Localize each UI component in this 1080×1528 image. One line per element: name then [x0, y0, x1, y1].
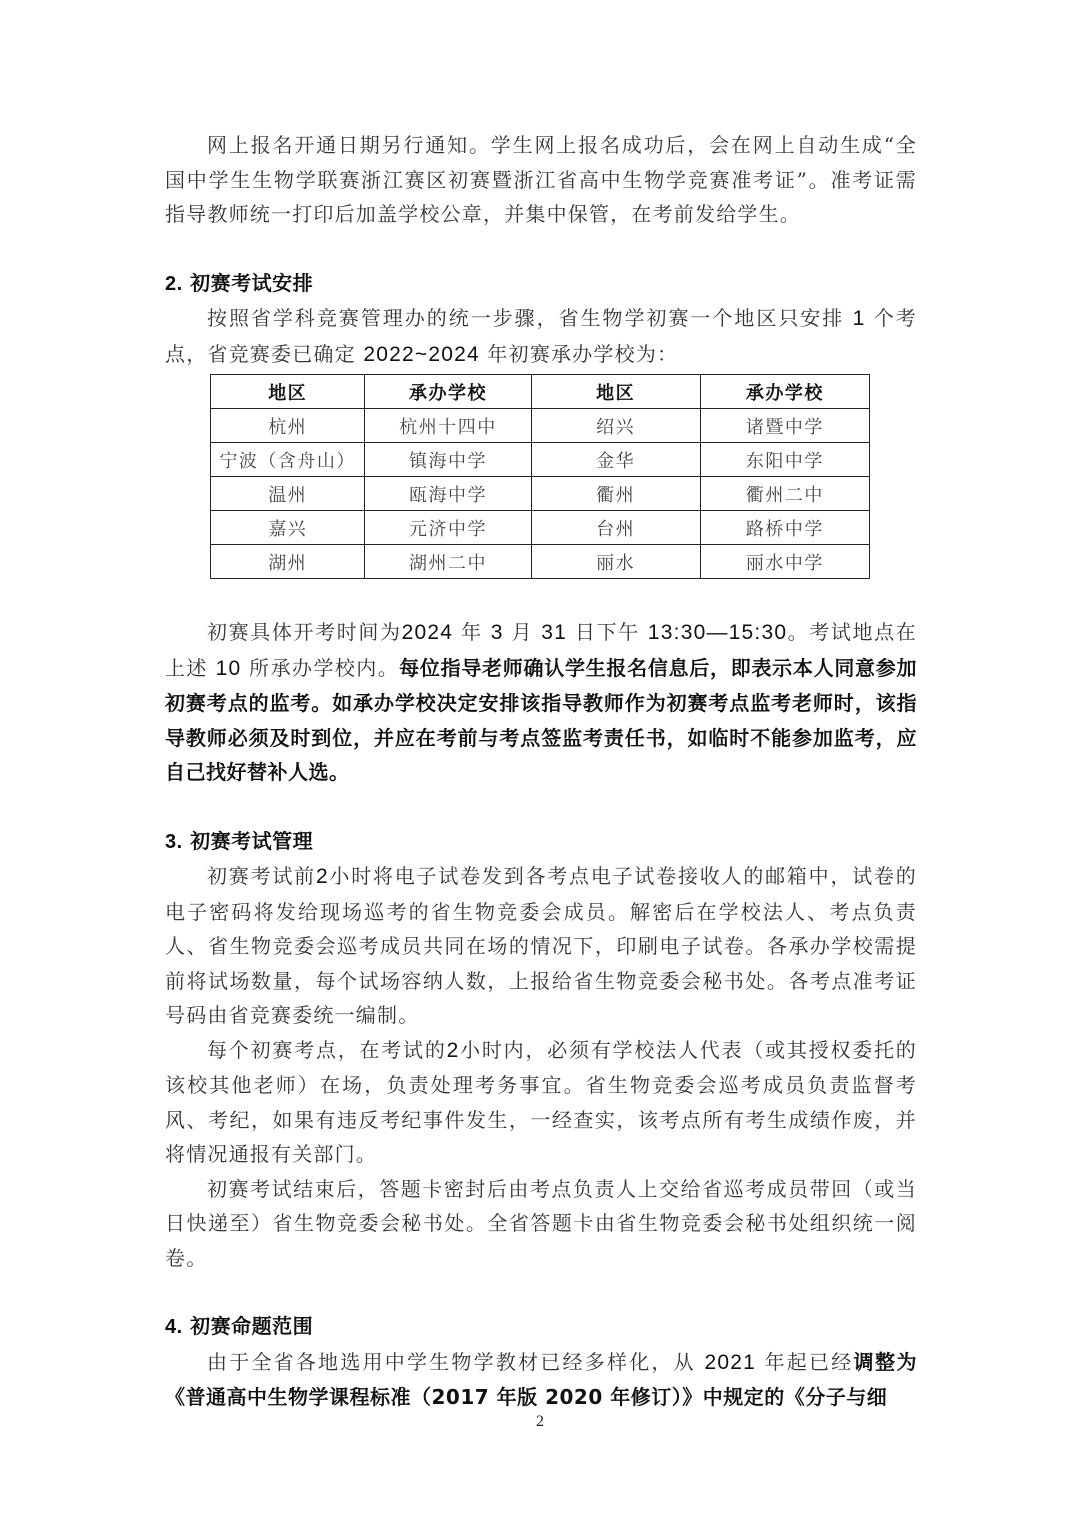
section-4-heading: 4. 初赛命题范围: [165, 1309, 917, 1345]
table-cell: 丽水: [531, 545, 700, 579]
section-3-paragraph-3: 初赛考试结束后，答题卡密封后由考点负责人上交给省巡考成员带回（或当日快递至）省生…: [165, 1172, 917, 1276]
table-cell: 东阳中学: [700, 443, 869, 477]
table-cell: 湖州: [211, 545, 365, 579]
section-2-paragraph-2: 初赛具体开考时间为2024 年 3 月 31 日下午 13:30—15:30。考…: [165, 615, 917, 790]
section-2-paragraph-1: 按照省学科竞赛管理办的统一步骤，省生物学初赛一个地区只安排 1 个考点，省竞赛委…: [165, 301, 917, 372]
table-header-row: 地区 承办学校 地区 承办学校: [211, 375, 870, 409]
table-row: 杭州 杭州十四中 绍兴 诸暨中学: [211, 409, 870, 443]
column-header: 地区: [531, 375, 700, 409]
section-2-heading: 2. 初赛考试安排: [165, 266, 917, 302]
table-cell: 衢州二中: [700, 477, 869, 511]
section-3-paragraph-1: 初赛考试前2小时将电子试卷发到各考点电子试卷接收人的邮箱中，试卷的电子密码将发给…: [165, 859, 917, 1033]
table-row: 湖州 湖州二中 丽水 丽水中学: [211, 545, 870, 579]
section-4-paragraph-1: 由于全省各地选用中学生物学教材已经多样化，从 2021 年起已经调整为《普通高中…: [165, 1345, 917, 1415]
table-cell: 丽水中学: [700, 545, 869, 579]
table-cell: 台州: [531, 511, 700, 545]
section-title: 初赛命题范围: [190, 1314, 313, 1338]
section-title: 初赛考试管理: [190, 829, 313, 853]
table-cell: 金华: [531, 443, 700, 477]
section-number: 4.: [165, 1316, 183, 1338]
section-title: 初赛考试安排: [190, 271, 313, 295]
table-row: 宁波（含舟山） 镇海中学 金华 东阳中学: [211, 443, 870, 477]
intro-paragraph: 网上报名开通日期另行通知。学生网上报名成功后，会在网上自动生成“全国中学生生物学…: [165, 128, 917, 232]
table-row: 温州 瓯海中学 衢州 衢州二中: [211, 477, 870, 511]
table-cell: 温州: [211, 477, 365, 511]
table-cell: 元济中学: [365, 511, 531, 545]
document-page: 网上报名开通日期另行通知。学生网上报名成功后，会在网上自动生成“全国中学生生物学…: [165, 128, 917, 1415]
column-header: 承办学校: [365, 375, 531, 409]
table-cell: 诸暨中学: [700, 409, 869, 443]
table-cell: 杭州: [211, 409, 365, 443]
section-3-paragraph-2: 每个初赛考点，在考试的2小时内，必须有学校法人代表（或其授权委托的该校其他老师）…: [165, 1033, 917, 1172]
section-3-heading: 3. 初赛考试管理: [165, 824, 917, 860]
table-cell: 宁波（含舟山）: [211, 443, 365, 477]
section-number: 2.: [165, 273, 183, 295]
table-cell: 湖州二中: [365, 545, 531, 579]
table-row: 嘉兴 元济中学 台州 路桥中学: [211, 511, 870, 545]
column-header: 地区: [211, 375, 365, 409]
table-cell: 杭州十四中: [365, 409, 531, 443]
section-number: 3.: [165, 831, 183, 853]
table-cell: 绍兴: [531, 409, 700, 443]
column-header: 承办学校: [700, 375, 869, 409]
host-schools-table: 地区 承办学校 地区 承办学校 杭州 杭州十四中 绍兴 诸暨中学 宁波（含舟山）…: [210, 374, 870, 579]
page-number: 2: [0, 1413, 1080, 1431]
table-cell: 衢州: [531, 477, 700, 511]
table-cell: 嘉兴: [211, 511, 365, 545]
table-cell: 路桥中学: [700, 511, 869, 545]
table-cell: 瓯海中学: [365, 477, 531, 511]
table-cell: 镇海中学: [365, 443, 531, 477]
